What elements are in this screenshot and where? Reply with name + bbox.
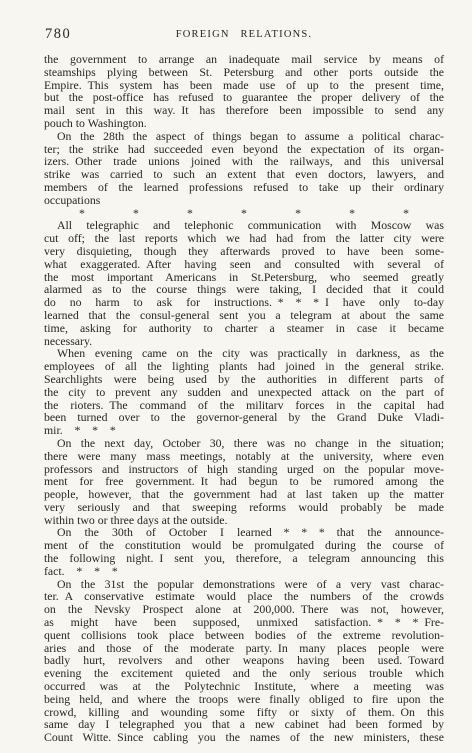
text-line: the government to arrange an inadequate … xyxy=(44,53,444,66)
text-line: as might have been supposed, unmixed sat… xyxy=(44,616,444,629)
text-line: very seriously and that sweeping reforms… xyxy=(44,501,444,514)
text-line: very disquieting, though they afterwards… xyxy=(44,245,444,258)
text-line: learned that the consul-general sent you… xyxy=(44,309,444,322)
text-line: quent collisions took place between bodi… xyxy=(44,629,444,642)
text-block: 780 FOREIGN RELATIONS. the government to… xyxy=(44,26,444,744)
book-page: 780 FOREIGN RELATIONS. the government to… xyxy=(0,0,472,753)
paragraph: On the 31st the popular demonstrations w… xyxy=(44,578,444,744)
text-line: being held, and where the troops were fi… xyxy=(44,693,444,706)
text-line: steamships plying between St. Petersburg… xyxy=(44,66,444,79)
paragraph: On the 30th of October I learned * * * t… xyxy=(44,526,444,577)
text-line: occupations xyxy=(44,194,444,207)
text-line: On the next day, October 30, there was n… xyxy=(44,437,444,450)
running-header: 780 FOREIGN RELATIONS. xyxy=(44,26,444,42)
paragraph: the government to arrange an inadequate … xyxy=(44,53,444,130)
paragraph: On the 28th the aspect of things began t… xyxy=(44,130,444,207)
text-line: Searchlights were being used by the auth… xyxy=(44,373,444,386)
text-line: there were many mass meetings, notably a… xyxy=(44,450,444,463)
text-line: employees of all the lighting plants had… xyxy=(44,360,444,373)
running-title: FOREIGN RELATIONS. xyxy=(44,29,444,40)
text-line: fact. * * * xyxy=(44,565,444,578)
text-line: occurred was at the Polytechnic Institut… xyxy=(44,680,444,693)
paragraph: All telegraphic and telephonic communica… xyxy=(44,219,444,347)
text-line: members of the learned professions refus… xyxy=(44,181,444,194)
text-line: people, however, that the government had… xyxy=(44,488,444,501)
text-line: On the 28th the aspect of things began t… xyxy=(44,130,444,143)
paragraph: On the next day, October 30, there was n… xyxy=(44,437,444,527)
text-line: mir. * * * xyxy=(44,424,444,437)
page-content: the government to arrange an inadequate … xyxy=(44,53,444,744)
text-line: what exaggerated. After having seen and … xyxy=(44,258,444,271)
text-line: the city to prevent any sudden and unexp… xyxy=(44,386,444,399)
text-line: pouch to Washington. xyxy=(44,117,444,130)
text-line: Count Witte. Since cabling you the names… xyxy=(44,731,444,744)
text-line: the following night. I sent you, therefo… xyxy=(44,552,444,565)
paragraph: When evening came on the city was practi… xyxy=(44,347,444,437)
text-line: time, asking for authority to charter a … xyxy=(44,322,444,335)
